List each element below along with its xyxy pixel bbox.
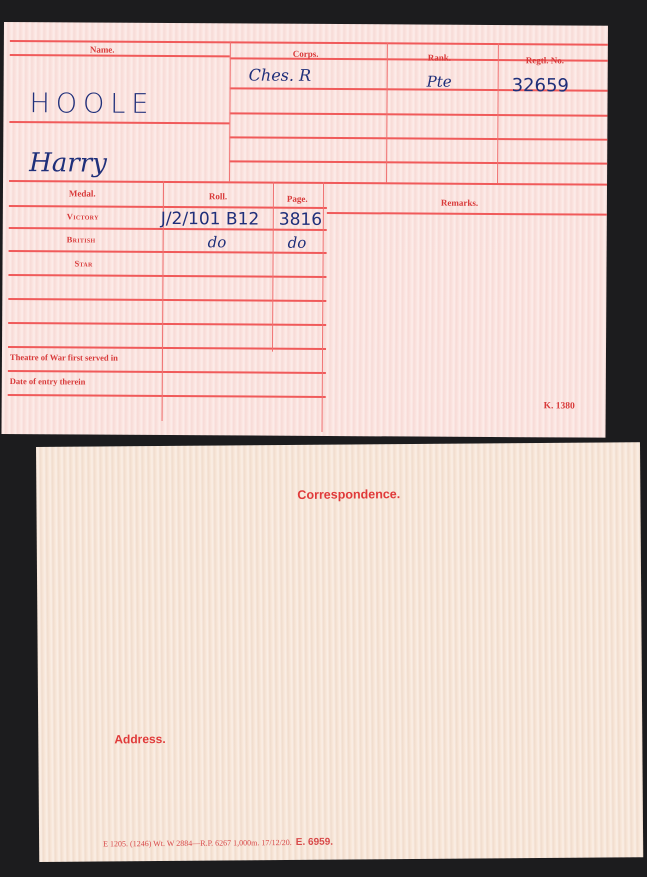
rank-entry: Pte bbox=[427, 73, 452, 91]
medal-header: Medal. bbox=[69, 188, 96, 198]
divider bbox=[8, 370, 326, 373]
footer-print-info: E 1205. (1246) Wt. W 2884—R.P. 6267 1,00… bbox=[103, 838, 292, 848]
correspondence-heading: Correspondence. bbox=[297, 487, 400, 502]
medal-victory: Victory bbox=[67, 211, 99, 221]
rank-header: Rank. bbox=[428, 53, 451, 63]
medal-star: Star bbox=[74, 258, 92, 268]
divider bbox=[229, 112, 607, 116]
page-victory: 3816 bbox=[279, 210, 322, 230]
page-header: Page. bbox=[287, 194, 308, 204]
address-label: Address. bbox=[114, 732, 165, 746]
divider bbox=[8, 298, 326, 301]
divider bbox=[8, 346, 326, 349]
divider bbox=[229, 160, 607, 164]
divider bbox=[8, 274, 326, 277]
roll-british: do bbox=[208, 233, 227, 251]
theatre-label: Theatre of War first served in bbox=[10, 352, 118, 363]
name-header: Name. bbox=[90, 45, 115, 55]
form-code: K. 1380 bbox=[544, 401, 575, 411]
roll-victory: J/2/101 B12 bbox=[161, 209, 260, 230]
corps-header: Corps. bbox=[293, 49, 319, 59]
medal-card-back: Correspondence. Address. E 1205. (1246) … bbox=[36, 442, 643, 862]
footer-form-code: E. 6959. bbox=[296, 837, 333, 848]
surname-entry: HOOLE bbox=[29, 88, 154, 120]
divider bbox=[9, 180, 607, 185]
medal-card-front: Name. Corps. Rank. Regtl. No. HOOLE Harr… bbox=[1, 22, 608, 438]
page-british: do bbox=[288, 234, 307, 252]
divider bbox=[9, 205, 327, 208]
divider bbox=[10, 54, 230, 57]
remarks-header: Remarks. bbox=[441, 198, 478, 208]
divider bbox=[327, 212, 607, 215]
date-entry-label: Date of entry therein bbox=[10, 376, 86, 386]
divider bbox=[9, 121, 229, 124]
regtl-no-entry: 32659 bbox=[512, 75, 569, 96]
regtl-no-header: Regtl. No. bbox=[526, 55, 564, 65]
divider bbox=[229, 136, 607, 140]
divider bbox=[272, 182, 274, 352]
medal-british: British bbox=[67, 234, 96, 244]
corps-entry: Ches. R bbox=[249, 65, 312, 84]
roll-header: Roll. bbox=[209, 191, 227, 201]
forename-entry: Harry bbox=[29, 148, 107, 178]
print-footer: E 1205. (1246) Wt. W 2884—R.P. 6267 1,00… bbox=[103, 837, 333, 850]
divider bbox=[9, 250, 327, 253]
divider bbox=[8, 322, 326, 325]
divider bbox=[8, 394, 326, 397]
